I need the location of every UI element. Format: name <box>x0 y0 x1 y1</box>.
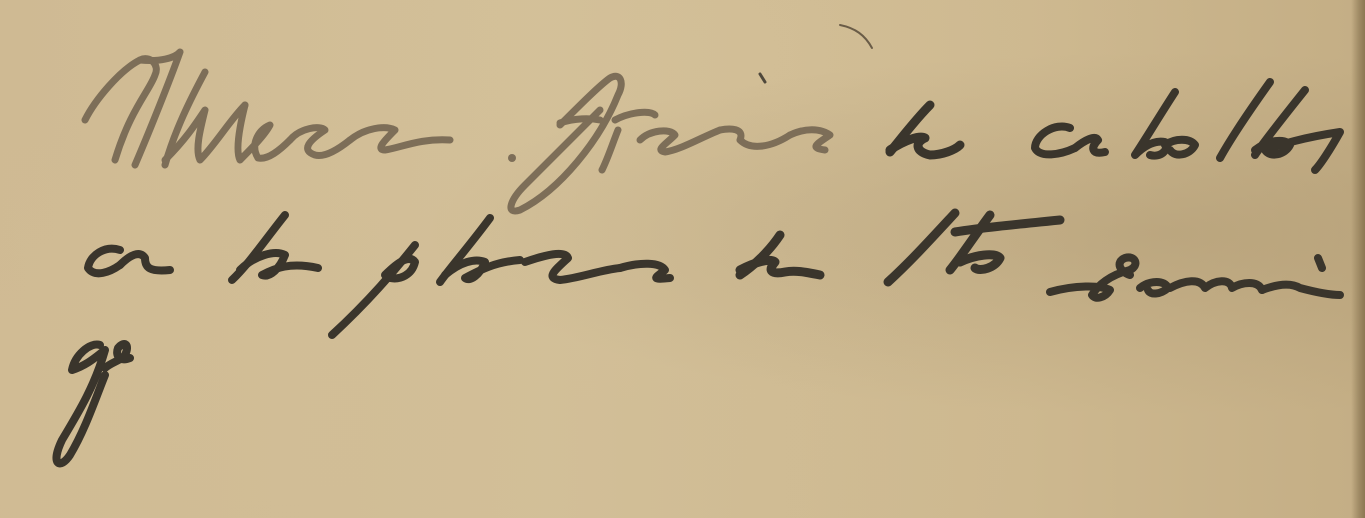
handwriting-ink <box>0 0 1365 518</box>
period-mark <box>508 154 516 162</box>
stray-mark <box>760 74 765 82</box>
word-feria <box>511 76 830 211</box>
word-go <box>57 344 130 463</box>
word-de-2 <box>740 235 820 275</box>
stray-hair-mark <box>840 25 872 48</box>
word-la <box>232 215 318 280</box>
word-sto <box>888 213 1060 282</box>
word-huesca <box>85 52 450 165</box>
word-en <box>88 249 170 274</box>
word-cebollas <box>1035 82 1340 170</box>
word-plaza <box>332 218 670 335</box>
handwritten-card: Huesca. Feria de cebollas en la plaza de… <box>0 0 1365 518</box>
word-de-1 <box>890 105 960 155</box>
word-domin <box>1050 257 1340 297</box>
